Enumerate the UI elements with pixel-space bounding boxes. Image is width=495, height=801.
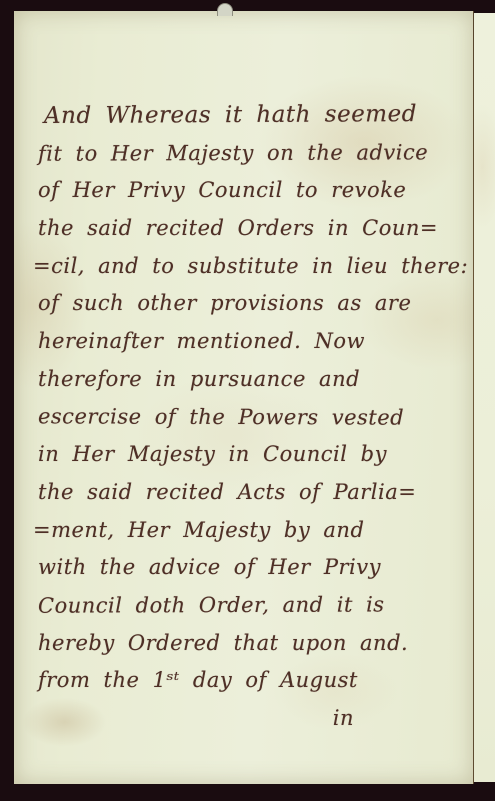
manuscript-text: And Whereas it hath seemed fit to Her Ma… bbox=[38, 97, 442, 738]
adjacent-page-edge bbox=[474, 13, 495, 782]
manuscript-line: therefore in pursuance and bbox=[38, 361, 442, 399]
manuscript-line: hereby Ordered that upon and. bbox=[38, 625, 442, 663]
manuscript-line: hereinafter mentioned. Now bbox=[38, 323, 442, 361]
photo-background: { "document": { "lines": [ "And Whereas … bbox=[0, 0, 495, 801]
manuscript-line: =cil, and to substitute in lieu there: bbox=[33, 248, 442, 286]
manuscript-line: And Whereas it hath seemed bbox=[38, 96, 442, 136]
manuscript-line: in Her Majesty in Council by bbox=[38, 436, 442, 474]
manuscript-line: from the 1ˢᵗ day of August bbox=[38, 662, 442, 700]
manuscript-page: And Whereas it hath seemed fit to Her Ma… bbox=[14, 11, 473, 784]
manuscript-line: fit to Her Majesty on the advice bbox=[38, 134, 442, 173]
archival-photo: And Whereas it hath seemed fit to Her Ma… bbox=[0, 0, 495, 801]
manuscript-line: =ment, Her Majesty by and bbox=[33, 512, 442, 550]
manuscript-line: of such other provisions as are bbox=[38, 285, 442, 323]
manuscript-line: with the advice of Her Privy bbox=[38, 549, 442, 587]
manuscript-line: escercise of the Powers vested bbox=[38, 398, 442, 437]
manuscript-line: the said recited Acts of Parlia= bbox=[38, 474, 442, 512]
fastener-tab bbox=[217, 3, 233, 16]
catchword: in bbox=[38, 700, 442, 738]
manuscript-line: of Her Privy Council to revoke bbox=[38, 172, 442, 210]
manuscript-line: Council doth Order, and it is bbox=[38, 586, 442, 625]
manuscript-line: the said recited Orders in Coun= bbox=[38, 210, 442, 248]
